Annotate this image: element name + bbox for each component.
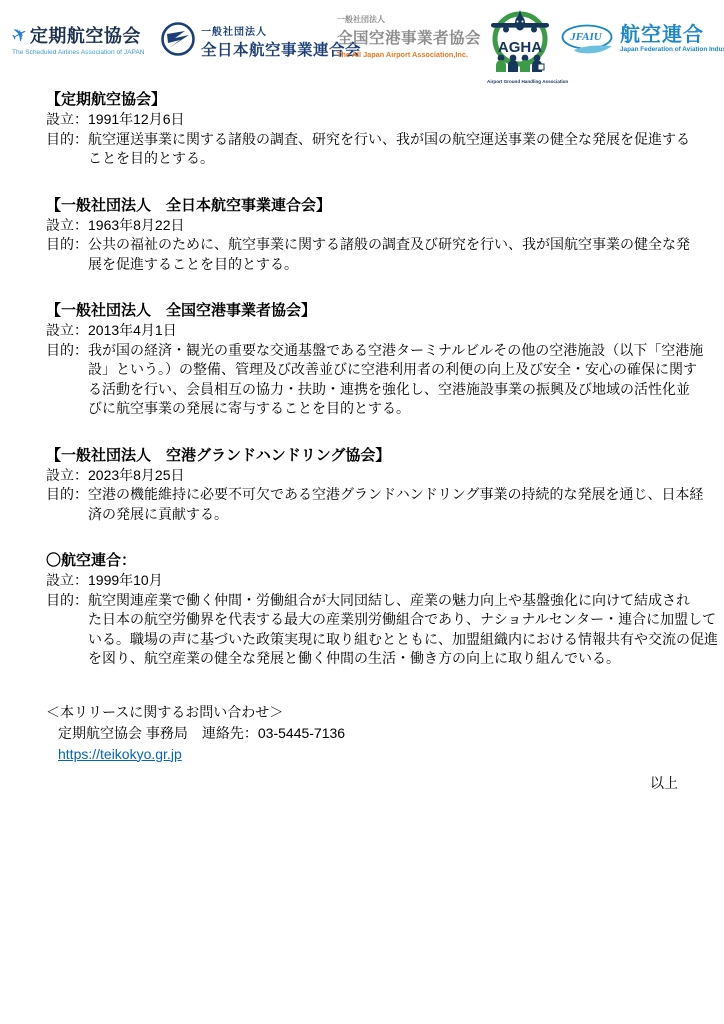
- purpose-label: 目的：: [46, 130, 88, 169]
- zennikku-emblem-icon: [160, 21, 196, 62]
- established-value: 2013年4月1日: [88, 321, 177, 341]
- purpose-text: 我が国の経済・観光の重要な交通基盤である空港ターミナルビルその他の空港施設（以下…: [88, 341, 703, 419]
- logo-header: ✈ 定期航空協会 The Scheduled Airlines Associat…: [0, 0, 724, 86]
- document-body: 【定期航空協会】 設立： 1991年12月6日 目的： 航空運送事業に関する諸般…: [0, 86, 678, 793]
- section-heading: 【定期航空協会】: [46, 90, 678, 110]
- closing-text: 以上: [46, 773, 678, 793]
- section-zennikku-rengokai: 【一般社団法人 全日本航空事業連合会】 設立： 1963年8月22日 目的： 公…: [46, 196, 678, 275]
- established-value: 1999年10月: [88, 571, 163, 591]
- logo-agha-subtitle: Airport Ground Handling Association: [487, 79, 553, 84]
- logo-airport-org-type: 一般社団法人: [337, 14, 485, 25]
- contact-heading: ＜本リリースに関するお問い合わせ＞: [46, 702, 678, 723]
- section-heading: 【一般社団法人 全日本航空事業連合会】: [46, 196, 678, 216]
- contact-block: ＜本リリースに関するお問い合わせ＞ 定期航空協会 事務局 連絡先：03-5445…: [46, 702, 678, 765]
- logo-airport-name: 全国空港事業者協会: [337, 26, 485, 48]
- established-label: 設立：: [46, 110, 88, 130]
- section-agha: 【一般社団法人 空港グランドハンドリング協会】 設立： 2023年8月25日 目…: [46, 446, 678, 525]
- purpose-text: 航空関連産業で働く仲間・労働組合が大同団結し、産業の魅力向上や基盤強化に向けて結…: [88, 591, 718, 669]
- purpose-text: 空港の機能維持に必要不可欠である空港グランドハンドリング事業の持続的な発展を通じ…: [88, 485, 703, 524]
- established-label: 設立：: [46, 466, 88, 486]
- logo-teikokyo-subtitle: The Scheduled Airlines Association of JA…: [12, 49, 160, 56]
- section-heading: 【一般社団法人 空港グランドハンドリング協会】: [46, 446, 678, 466]
- section-heading: 〇航空連合：: [46, 551, 678, 571]
- contact-info: 定期航空協会 事務局 連絡先：03-5445-7136: [46, 723, 678, 744]
- purpose-text: 航空運送事業に関する諸般の調査、研究を行い、我が国の航空運送事業の健全な発展を促…: [88, 130, 690, 169]
- svg-text:AGHA: AGHA: [498, 39, 542, 56]
- press-release-page: ✈ 定期航空協会 The Scheduled Airlines Associat…: [0, 0, 724, 1024]
- logo-jfaiu-name: 航空連合: [620, 24, 724, 46]
- airplane-icon: ✈: [8, 23, 31, 47]
- section-jfaiu: 〇航空連合： 設立： 1999年10月 目的： 航空関連産業で働く仲間・労働組合…: [46, 551, 678, 669]
- website-link[interactable]: https://teikokyo.gr.jp: [58, 746, 182, 762]
- purpose-label: 目的：: [46, 591, 88, 669]
- established-label: 設立：: [46, 571, 88, 591]
- logo-airport-subtitle: The All Japan Airport Association,Inc.: [337, 50, 485, 59]
- established-label: 設立：: [46, 216, 88, 236]
- svg-text:JFAIU: JFAIU: [569, 31, 602, 43]
- agha-emblem-icon: AGHA: [487, 63, 553, 80]
- purpose-label: 目的：: [46, 235, 88, 274]
- section-heading: 【一般社団法人 全国空港事業者協会】: [46, 301, 678, 321]
- logo-jfaiu-subtitle: Japan Federation of Aviation Industry Un…: [620, 46, 724, 53]
- established-value: 1991年12月6日: [88, 110, 185, 130]
- purpose-label: 目的：: [46, 485, 88, 524]
- logo-airport-association: 一般社団法人 全国空港事業者協会 The All Japan Airport A…: [337, 14, 485, 59]
- established-label: 設立：: [46, 321, 88, 341]
- established-value: 1963年8月22日: [88, 216, 185, 236]
- purpose-label: 目的：: [46, 341, 88, 419]
- logo-jfaiu: JFAIU 航空連合 Japan Federation of Aviation …: [560, 24, 724, 63]
- jfaiu-emblem-icon: JFAIU: [560, 24, 616, 63]
- purpose-text: 公共の福祉のために、航空事業に関する諸般の調査及び研究を行い、我が国航空事業の健…: [88, 235, 690, 274]
- logo-teikokyo-name: 定期航空協会: [30, 22, 141, 48]
- logo-agha: AGHA Airport Ground Handling Association: [487, 8, 553, 84]
- section-airport-association: 【一般社団法人 全国空港事業者協会】 設立： 2013年4月1日 目的： 我が国…: [46, 301, 678, 419]
- logo-teikokyo: ✈ 定期航空協会 The Scheduled Airlines Associat…: [12, 22, 160, 56]
- logo-zennikku-rengokai: 一般社団法人 全日本航空事業連合会: [160, 21, 361, 62]
- section-teikokyo: 【定期航空協会】 設立： 1991年12月6日 目的： 航空運送事業に関する諸般…: [46, 90, 678, 169]
- established-value: 2023年8月25日: [88, 466, 185, 486]
